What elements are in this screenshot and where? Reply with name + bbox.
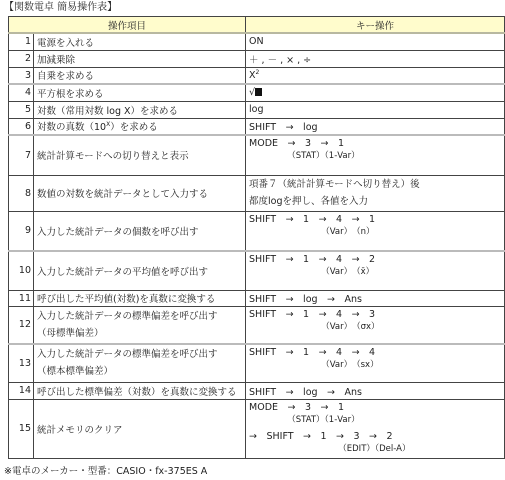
table-row: 7 統計計算モードへの切り替えと表示 MODE → 3 → 1 （STAT）（1… bbox=[9, 135, 505, 175]
key-sub-line: （STAT）（1-Var） bbox=[249, 414, 501, 427]
row-key: 項番７（統計計算モードへ切り替え）後 都度logを押し、各値を入力 bbox=[246, 175, 505, 211]
row-number: 4 bbox=[9, 84, 34, 101]
table-row: 15 統計メモリのクリア MODE → 3 → 1 （STAT）（1-Var） … bbox=[9, 399, 505, 458]
item-text: ）を求める bbox=[110, 122, 158, 133]
key-line: SHIFT → 1 → 4 → 3 bbox=[249, 308, 501, 321]
row-key: MODE → 3 → 1 （STAT）（1-Var） → SHIFT → 1 →… bbox=[246, 399, 505, 458]
table-row: 2 加減乗除 ＋ , － , × , ÷ bbox=[9, 50, 505, 67]
row-key: MODE → 3 → 1 （STAT）（1-Var） bbox=[246, 135, 505, 175]
row-item: 入力した統計データの標準偏差を呼び出す （標本標準偏差） bbox=[34, 344, 246, 382]
header-key: キー操作 bbox=[246, 17, 505, 34]
key-line: SHIFT → 1 → 4 → 1 bbox=[249, 213, 501, 226]
footnote: ※電卓のメーカー・型番：CASIO・fx-375ES A bbox=[4, 463, 207, 477]
table-row: 3 自乗を求める X2 bbox=[9, 67, 505, 84]
row-key: log bbox=[246, 101, 505, 118]
table-row: 6 対数の真数（10X）を求める SHIFT → log bbox=[9, 118, 505, 135]
row-item: 対数（常用対数 log X）を求める bbox=[34, 101, 246, 118]
sqrt-placeholder-icon bbox=[255, 88, 262, 96]
item-text: 対数の真数（10 bbox=[37, 122, 106, 133]
row-number: 14 bbox=[9, 382, 34, 399]
row-item: 統計計算モードへの切り替えと表示 bbox=[34, 135, 246, 175]
row-key: SHIFT → log → Ans bbox=[246, 290, 505, 306]
row-number: 11 bbox=[9, 290, 34, 306]
key-line: MODE → 3 → 1 bbox=[249, 401, 501, 414]
key-line: MODE → 3 → 1 bbox=[249, 137, 501, 150]
row-number: 1 bbox=[9, 33, 34, 50]
table-row: 4 平方根を求める √ bbox=[9, 84, 505, 101]
key-sub-line: （EDIT）（Del-A） bbox=[249, 443, 501, 456]
row-key: SHIFT → log bbox=[246, 118, 505, 135]
row-item: 統計メモリのクリア bbox=[34, 399, 246, 458]
row-item: 電源を入れる bbox=[34, 33, 246, 50]
row-item: 呼び出した標準偏差（対数）を真数に変換する bbox=[34, 382, 246, 399]
row-number: 5 bbox=[9, 101, 34, 118]
table-header-row: 操作項目 キー操作 bbox=[9, 17, 505, 34]
row-number: 10 bbox=[9, 251, 34, 290]
key-line: 都度logを押し、各値を入力 bbox=[249, 193, 501, 210]
key-sub-line: （Var） （n） bbox=[249, 226, 501, 239]
page-title: 【関数電卓 簡易操作表】 bbox=[4, 1, 117, 15]
row-key: ＋ , － , × , ÷ bbox=[246, 50, 505, 67]
key-line: → SHIFT → 1 → 3 → 2 bbox=[249, 430, 501, 443]
table-row: 1 電源を入れる ON bbox=[9, 33, 505, 50]
table-row: 11 呼び出した平均値(対数)を真数に変換する SHIFT → log → An… bbox=[9, 290, 505, 306]
row-number: 12 bbox=[9, 306, 34, 344]
row-item: 自乗を求める bbox=[34, 67, 246, 84]
row-item: 入力した統計データの平均値を呼び出す bbox=[34, 251, 246, 290]
row-key: SHIFT → 1 → 4 → 3 （Var） （σx） bbox=[246, 306, 505, 344]
key-line: SHIFT → 1 → 4 → 4 bbox=[249, 346, 501, 359]
row-item: 対数の真数（10X）を求める bbox=[34, 118, 246, 135]
row-key: SHIFT → 1 → 4 → 1 （Var） （n） bbox=[246, 211, 505, 251]
key-sub-line: （Var） （x̄） bbox=[249, 266, 501, 279]
row-number: 6 bbox=[9, 118, 34, 135]
table-row: 13 入力した統計データの標準偏差を呼び出す （標本標準偏差） SHIFT → … bbox=[9, 344, 505, 382]
key-sub-line: （STAT）（1-Var） bbox=[249, 150, 501, 163]
key-line: 項番７（統計計算モードへ切り替え）後 bbox=[249, 176, 501, 193]
item-line: 入力した統計データの標準偏差を呼び出す bbox=[37, 308, 242, 325]
row-number: 9 bbox=[9, 211, 34, 251]
item-line: （標本標準偏差） bbox=[37, 363, 242, 380]
table-row: 9 入力した統計データの個数を呼び出す SHIFT → 1 → 4 → 1 （V… bbox=[9, 211, 505, 251]
table-row: 8 数値の対数を統計データとして入力する 項番７（統計計算モードへ切り替え）後 … bbox=[9, 175, 505, 211]
item-line: （母標準偏差） bbox=[37, 325, 242, 342]
table-row: 12 入力した統計データの標準偏差を呼び出す （母標準偏差） SHIFT → 1… bbox=[9, 306, 505, 344]
operation-table: 操作項目 キー操作 1 電源を入れる ON 2 加減乗除 ＋ , － , × ,… bbox=[8, 16, 505, 459]
header-item: 操作項目 bbox=[9, 17, 246, 34]
row-number: 8 bbox=[9, 175, 34, 211]
row-number: 3 bbox=[9, 67, 34, 84]
item-line: 入力した統計データの標準偏差を呼び出す bbox=[37, 346, 242, 363]
row-key: √ bbox=[246, 84, 505, 101]
table-row: 10 入力した統計データの平均値を呼び出す SHIFT → 1 → 4 → 2 … bbox=[9, 251, 505, 290]
key-sub-line: （Var） （sx） bbox=[249, 359, 501, 372]
row-key: X2 bbox=[246, 67, 505, 84]
row-number: 7 bbox=[9, 135, 34, 175]
row-key: SHIFT → log → Ans bbox=[246, 382, 505, 399]
table-row: 14 呼び出した標準偏差（対数）を真数に変換する SHIFT → log → A… bbox=[9, 382, 505, 399]
key-superscript: 2 bbox=[256, 69, 260, 76]
table-row: 5 対数（常用対数 log X）を求める log bbox=[9, 101, 505, 118]
row-key: ON bbox=[246, 33, 505, 50]
row-item: 入力した統計データの個数を呼び出す bbox=[34, 211, 246, 251]
row-item: 入力した統計データの標準偏差を呼び出す （母標準偏差） bbox=[34, 306, 246, 344]
key-line: SHIFT → 1 → 4 → 2 bbox=[249, 253, 501, 266]
row-item: 数値の対数を統計データとして入力する bbox=[34, 175, 246, 211]
row-item: 呼び出した平均値(対数)を真数に変換する bbox=[34, 290, 246, 306]
row-number: 2 bbox=[9, 50, 34, 67]
key-sub-line: （Var） （σx） bbox=[249, 321, 501, 334]
row-number: 13 bbox=[9, 344, 34, 382]
row-number: 15 bbox=[9, 399, 34, 458]
row-key: SHIFT → 1 → 4 → 4 （Var） （sx） bbox=[246, 344, 505, 382]
row-item: 平方根を求める bbox=[34, 84, 246, 101]
row-key: SHIFT → 1 → 4 → 2 （Var） （x̄） bbox=[246, 251, 505, 290]
row-item: 加減乗除 bbox=[34, 50, 246, 67]
